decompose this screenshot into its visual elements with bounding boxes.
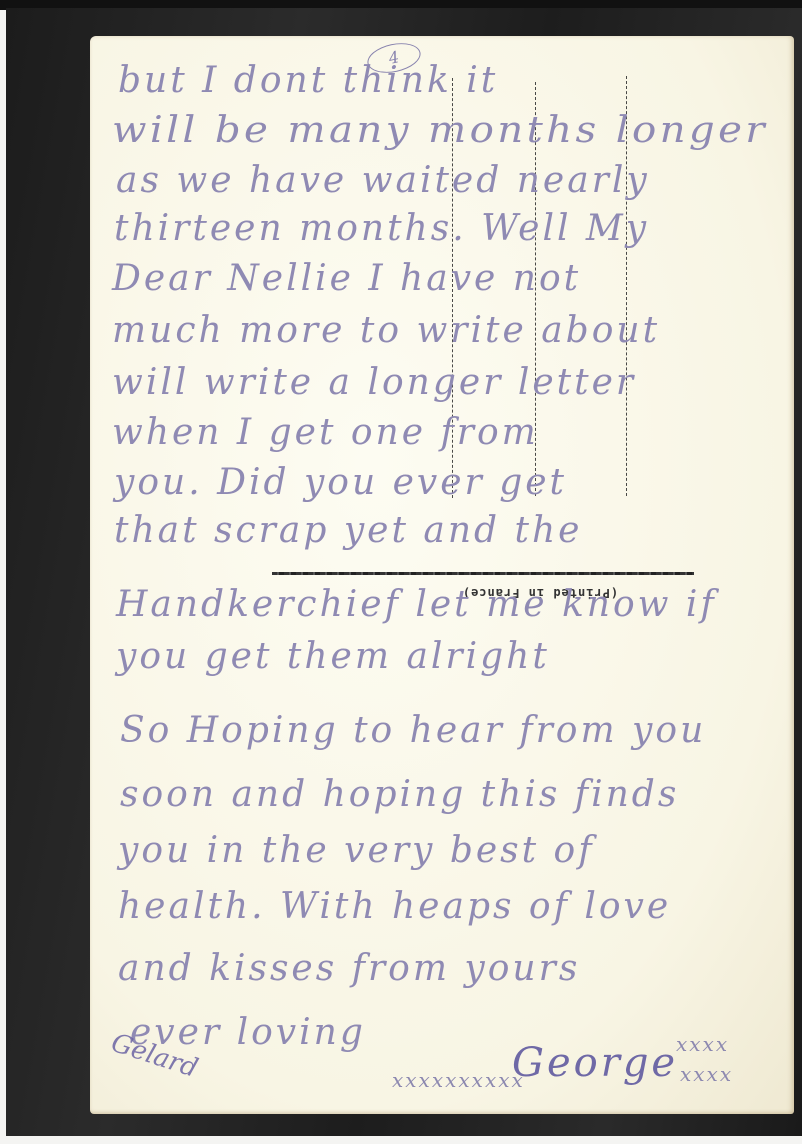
handwritten-line: thirteen months. Well My	[114, 208, 649, 249]
handwritten-line: Handkerchief let me know if	[116, 584, 717, 625]
kisses-row-1: xxxx	[676, 1032, 729, 1056]
handwritten-line: but I dont think it	[118, 60, 498, 101]
printed-rule-line	[272, 572, 694, 575]
signature-george: George	[512, 1040, 678, 1086]
handwritten-line: that scrap yet and the	[114, 510, 582, 551]
handwritten-line: you. Did you ever get	[114, 462, 567, 503]
handwritten-line: So Hoping to hear from you	[120, 710, 706, 751]
handwritten-line: soon and hoping this finds	[120, 774, 679, 815]
handwritten-line: as we have waited nearly	[116, 160, 650, 201]
kisses-row-3: xxxxxxxxxx	[392, 1068, 525, 1092]
kisses-row-2: xxxx	[680, 1062, 733, 1086]
handwritten-line: you get them alright	[116, 636, 550, 677]
handwritten-line: will write a longer letter	[112, 362, 636, 403]
handwritten-line: Dear Nellie I have not	[112, 258, 581, 299]
handwritten-line: and kisses from yours	[118, 948, 580, 989]
handwritten-line: will be many months longer	[112, 110, 768, 151]
handwritten-line: much more to write about	[112, 310, 660, 351]
handwritten-line: when I get one from	[112, 412, 539, 453]
handwritten-line: health. With heaps of love	[118, 886, 671, 927]
handwritten-line: you in the very best of	[118, 830, 595, 871]
